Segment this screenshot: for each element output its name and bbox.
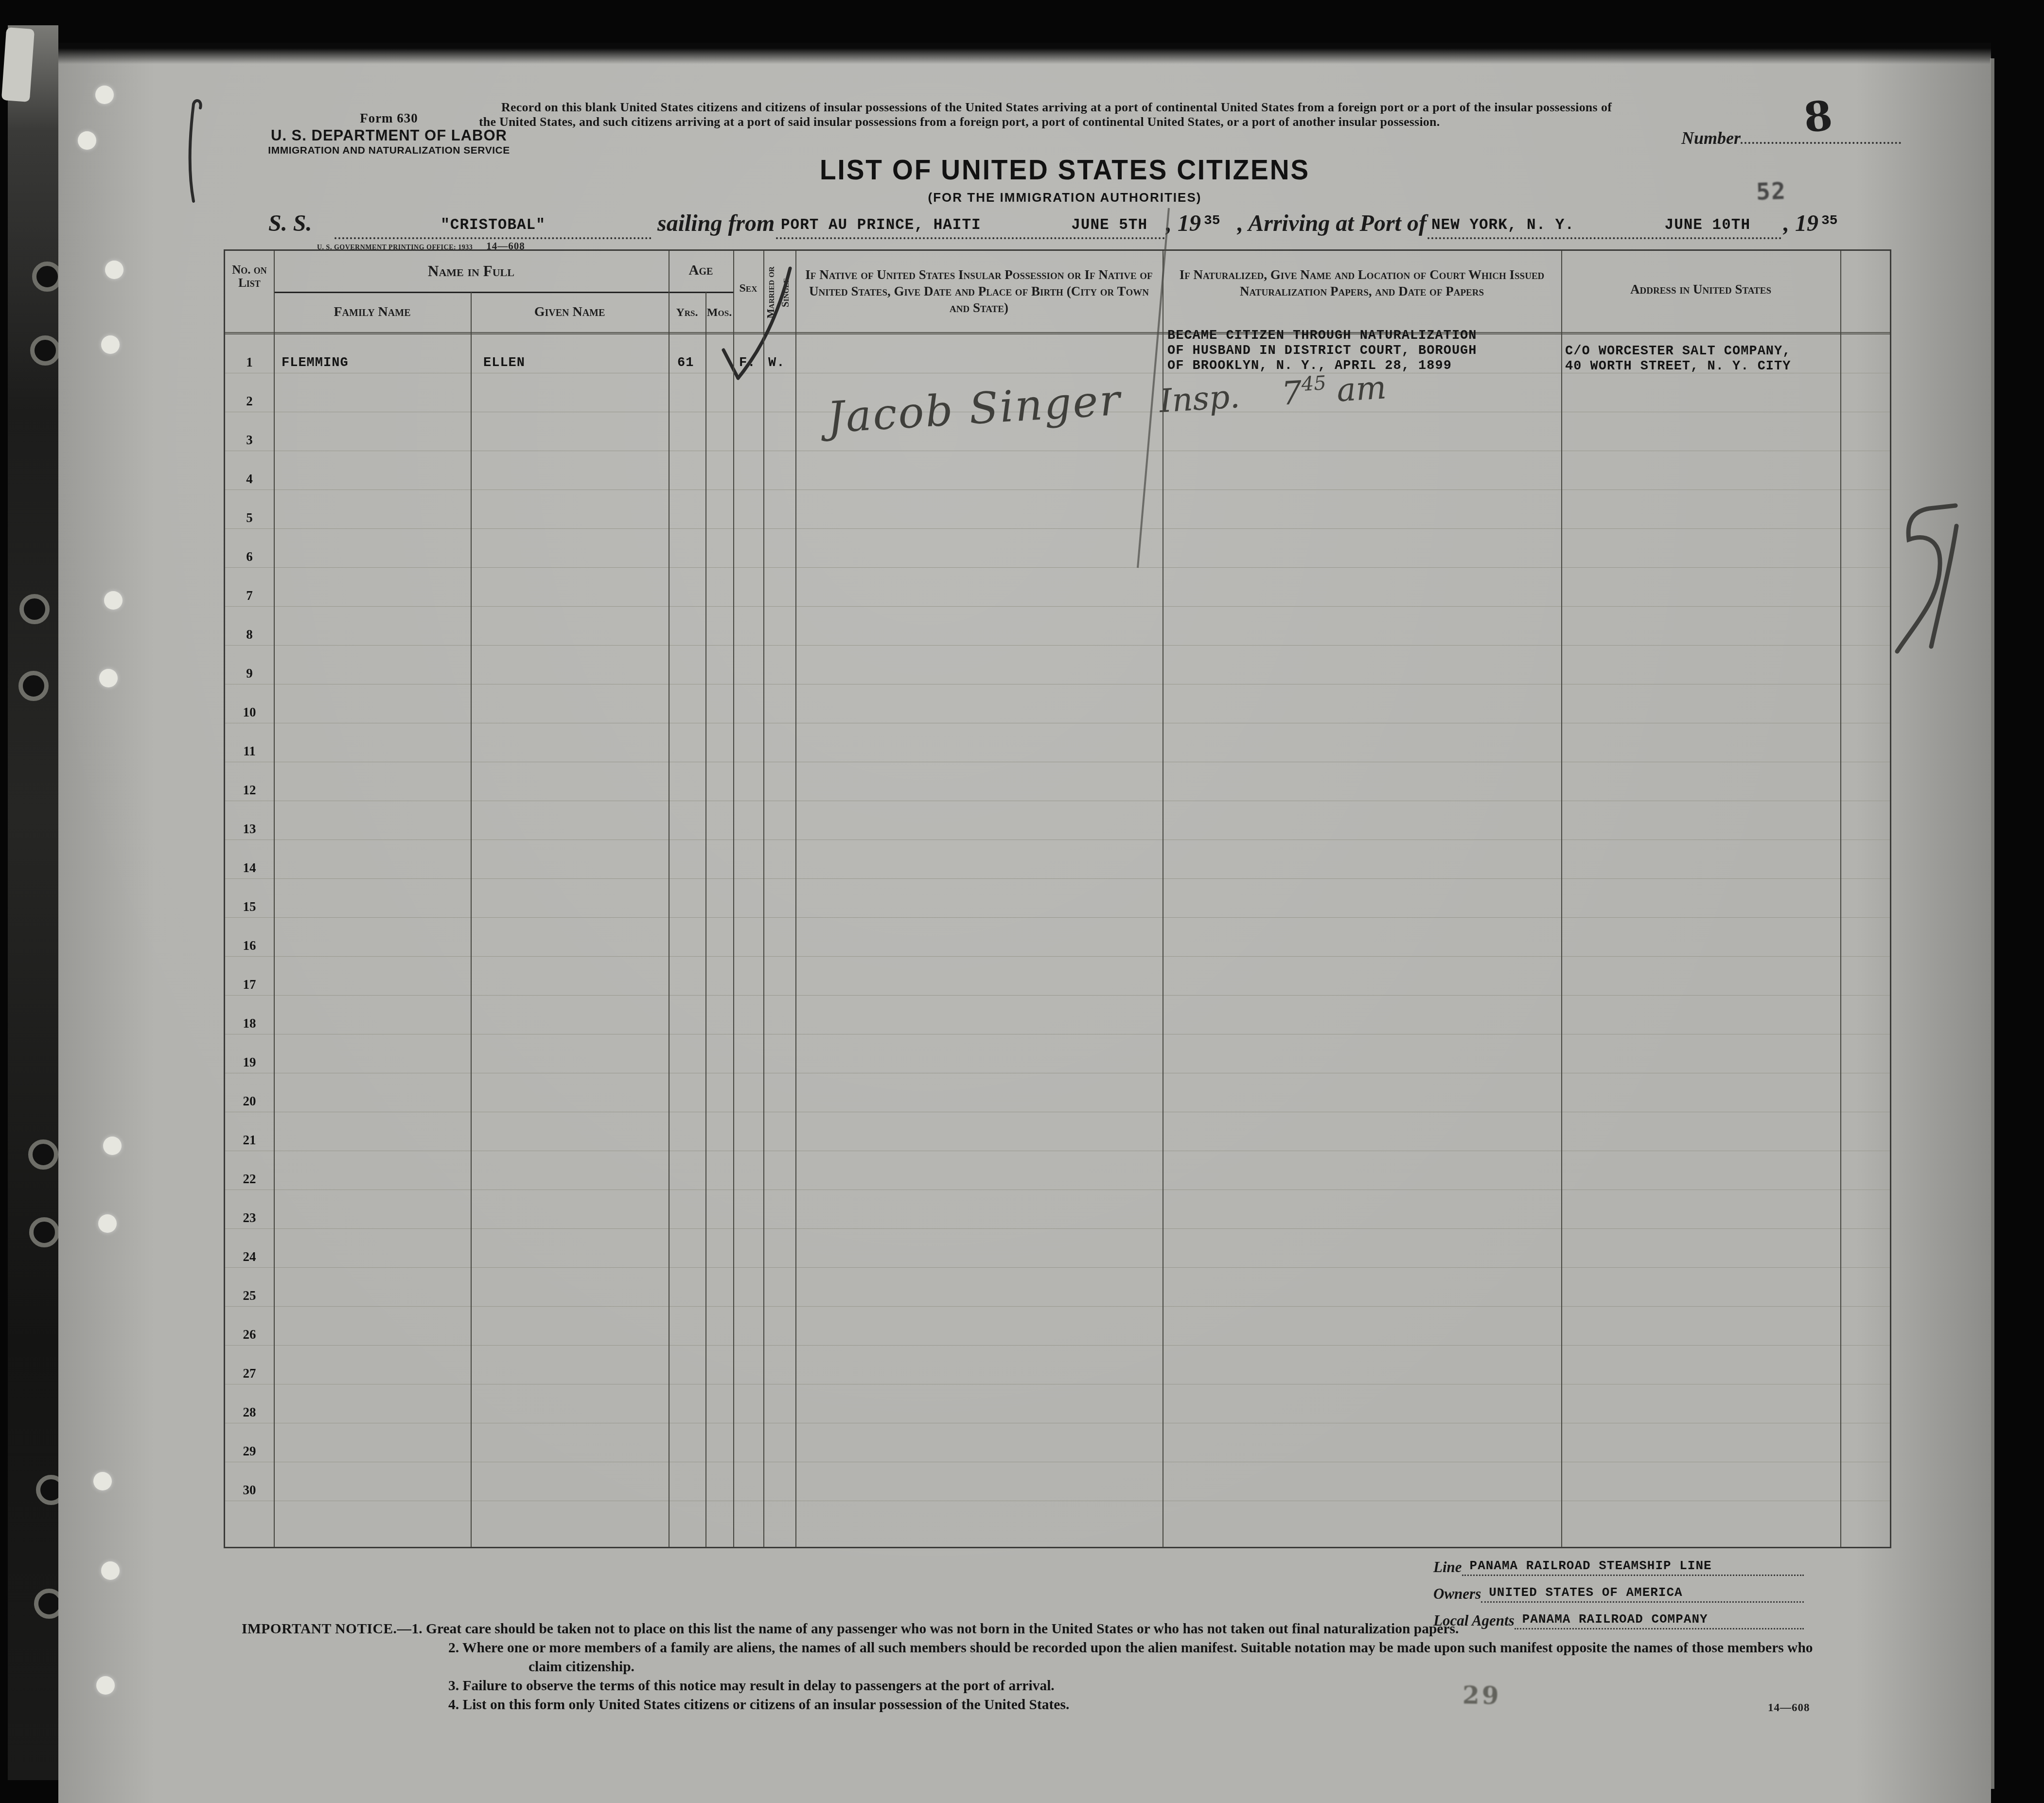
cell-mos xyxy=(705,334,733,373)
table-vline xyxy=(1163,251,1163,1547)
cell-sex xyxy=(733,646,763,684)
cell-married xyxy=(763,1034,795,1073)
cell-family xyxy=(274,1384,471,1423)
cell-married xyxy=(763,1073,795,1112)
cell-native xyxy=(795,1384,1163,1423)
cell-married xyxy=(763,840,795,878)
cell-given xyxy=(471,1034,669,1073)
cell-family xyxy=(274,1112,471,1151)
cell-sex xyxy=(733,1462,763,1501)
cell-natz xyxy=(1163,988,1561,1026)
cell-native xyxy=(795,1462,1163,1501)
cell-yrs xyxy=(669,568,705,606)
cell-no: 24 xyxy=(225,1229,274,1267)
cell-family xyxy=(274,957,471,995)
scanned-manifest-page: { "form": { "form_number": "Form 630", "… xyxy=(0,0,2044,1803)
table-row: 8 xyxy=(225,607,1890,646)
cell-family xyxy=(274,996,471,1034)
cell-natz xyxy=(1163,1338,1561,1376)
cell-sex xyxy=(733,1346,763,1384)
cell-mos xyxy=(705,1190,733,1228)
cell-native xyxy=(795,840,1163,878)
arrival-year-prefix: , 19 xyxy=(1783,210,1818,236)
cell-family xyxy=(274,1423,471,1462)
cell-natz xyxy=(1163,1104,1561,1143)
cell-mos xyxy=(705,451,733,490)
cell-native xyxy=(795,568,1163,606)
cell-sex xyxy=(733,1268,763,1306)
header-age: Age xyxy=(669,263,733,279)
cell-yrs xyxy=(669,1151,705,1190)
cell-married xyxy=(763,1190,795,1228)
cell-married xyxy=(763,996,795,1034)
cell-yrs xyxy=(669,762,705,801)
cell-yrs xyxy=(669,1073,705,1112)
cell-native xyxy=(795,1034,1163,1073)
page-subtitle: (FOR THE IMMIGRATION AUTHORITIES) xyxy=(705,190,1425,205)
cell-native xyxy=(795,918,1163,956)
header-married-or-single: Married or Single xyxy=(763,253,795,333)
arriving-label: , Arriving at Port of xyxy=(1237,210,1427,237)
cell-native xyxy=(795,1346,1163,1384)
arrival-date: JUNE 10TH xyxy=(1665,217,1750,237)
handwritten-number: 8 xyxy=(1801,91,1834,142)
cell-given xyxy=(471,684,669,723)
cell-given xyxy=(471,412,669,451)
cell-mos xyxy=(705,373,733,412)
notice-item-4: 4. List on this form only United States … xyxy=(448,1696,1846,1715)
cell-no: 10 xyxy=(225,684,274,723)
header-name-in-full: Name in Full xyxy=(274,263,669,280)
cell-married xyxy=(763,1112,795,1151)
cell-native xyxy=(795,1229,1163,1267)
cell-given xyxy=(471,529,669,567)
cell-natz xyxy=(1163,832,1561,871)
cell-natz xyxy=(1163,1454,1561,1493)
film-hole xyxy=(19,594,50,624)
table-vline xyxy=(1840,251,1841,1547)
notice-item-1: IMPORTANT NOTICE.—1. Great care should b… xyxy=(242,1620,1846,1639)
cell-native xyxy=(795,879,1163,917)
cell-mos xyxy=(705,1307,733,1345)
cell-native xyxy=(795,723,1163,762)
cell-natz xyxy=(1163,443,1561,482)
cell-no: 25 xyxy=(225,1268,274,1306)
cell-family xyxy=(274,1190,471,1228)
cell-married xyxy=(763,1268,795,1306)
cell-yrs xyxy=(669,996,705,1034)
cell-natz xyxy=(1163,1143,1561,1182)
notice-heading: IMPORTANT NOTICE.— xyxy=(242,1621,411,1637)
cell-no: 30 xyxy=(225,1462,274,1501)
cell-family xyxy=(274,490,471,528)
cell-natz xyxy=(1163,677,1561,715)
header-no-on-list: No. on List xyxy=(225,263,274,290)
form-code: 14—608 xyxy=(1768,1701,1810,1714)
cell-yrs xyxy=(669,801,705,840)
hole-punch xyxy=(93,1472,112,1490)
table-row: 13 xyxy=(225,801,1890,840)
cell-given xyxy=(471,801,669,840)
cell-mos xyxy=(705,684,733,723)
cell-yrs xyxy=(669,451,705,490)
cell-mos xyxy=(705,1112,733,1151)
cell-sex xyxy=(733,1073,763,1112)
notice-text: Great care should be taken not to place … xyxy=(426,1621,1459,1637)
table-row: 5 xyxy=(225,490,1890,529)
cell-no: 7 xyxy=(225,568,274,606)
table-row: 20 xyxy=(225,1073,1890,1112)
cell-mos xyxy=(705,529,733,567)
cell-yrs xyxy=(669,723,705,762)
cell-no: 8 xyxy=(225,607,274,645)
cell-married xyxy=(763,1423,795,1462)
cell-natz xyxy=(1163,716,1561,754)
inspector-title: Insp. xyxy=(1158,378,1241,420)
cell-mos xyxy=(705,801,733,840)
hole-punch xyxy=(104,591,123,610)
cell-sex xyxy=(733,607,763,645)
cell-family xyxy=(274,1073,471,1112)
cell-given: ELLEN xyxy=(471,334,669,373)
cell-given xyxy=(471,490,669,528)
cell-sex xyxy=(733,1034,763,1073)
cell-native xyxy=(795,529,1163,567)
cell-family xyxy=(274,1034,471,1073)
cell-natz xyxy=(1163,754,1561,793)
cell-family xyxy=(274,607,471,645)
table-vline xyxy=(795,251,796,1547)
cell-no: 5 xyxy=(225,490,274,528)
cell-given xyxy=(471,568,669,606)
cell-family xyxy=(274,1346,471,1384)
cell-mos xyxy=(705,1462,733,1501)
arrival-line: NEW YORK, N. Y. JUNE 10TH xyxy=(1427,214,1781,239)
table-row: 28 xyxy=(225,1384,1890,1423)
cell-mos xyxy=(705,568,733,606)
time-minutes: 45 xyxy=(1301,372,1327,396)
table-row: 19 xyxy=(225,1034,1890,1073)
cell-natz xyxy=(1163,1221,1561,1260)
cell-yrs xyxy=(669,1034,705,1073)
cell-family xyxy=(274,1462,471,1501)
cell-natz xyxy=(1163,599,1561,637)
hole-punch xyxy=(105,261,123,279)
table-row: 17 xyxy=(225,957,1890,996)
table-footer-strip xyxy=(225,1501,1890,1547)
cell-yrs xyxy=(669,1462,705,1501)
cell-mos xyxy=(705,646,733,684)
cell-married xyxy=(763,412,795,451)
cell-no: 11 xyxy=(225,723,274,762)
cell-native xyxy=(795,1190,1163,1228)
cell-yrs xyxy=(669,957,705,995)
important-notice: IMPORTANT NOTICE.—1. Great care should b… xyxy=(242,1620,1846,1715)
notice-num: 1. xyxy=(411,1621,422,1637)
cell-native xyxy=(795,684,1163,723)
cell-sex xyxy=(733,762,763,801)
cell-yrs xyxy=(669,840,705,878)
film-hole xyxy=(32,262,62,292)
cell-married xyxy=(763,723,795,762)
cell-family xyxy=(274,1151,471,1190)
cell-native xyxy=(795,334,1163,373)
time-meridiem: am xyxy=(1336,368,1387,409)
cell-given xyxy=(471,1307,669,1345)
table-row: 26 xyxy=(225,1307,1890,1346)
table-vline xyxy=(669,251,670,1547)
cell-sex xyxy=(733,1190,763,1228)
cell-given xyxy=(471,1190,669,1228)
cell-married xyxy=(763,762,795,801)
cell-married xyxy=(763,957,795,995)
film-edge-tear xyxy=(1,27,35,102)
table-vline xyxy=(763,251,764,1547)
header-split-line xyxy=(274,292,733,293)
table-row: 21 xyxy=(225,1112,1890,1151)
cell-married xyxy=(763,1346,795,1384)
notice-num: 2. xyxy=(448,1640,459,1656)
cell-married xyxy=(763,1462,795,1501)
ship-name-line: "CRISTOBAL" xyxy=(335,214,652,239)
cell-no: 4 xyxy=(225,451,274,490)
table-row: 11 xyxy=(225,723,1890,762)
cell-married xyxy=(763,1151,795,1190)
cell-mos xyxy=(705,918,733,956)
cell-mos xyxy=(705,996,733,1034)
cell-no: 6 xyxy=(225,529,274,567)
hole-punch xyxy=(95,86,114,104)
cell-native xyxy=(795,1151,1163,1190)
cell-family xyxy=(274,1268,471,1306)
cell-yrs xyxy=(669,684,705,723)
cell-yrs xyxy=(669,879,705,917)
cell-no: 15 xyxy=(225,879,274,917)
cell-given xyxy=(471,607,669,645)
page-title: LIST OF UNITED STATES CITIZENS xyxy=(723,154,1407,186)
table-vline xyxy=(733,251,734,1547)
table-row: 22 xyxy=(225,1151,1890,1190)
line-value: PANAMA RAILROAD STEAMSHIP LINE xyxy=(1462,1558,1804,1576)
cell-natz xyxy=(1163,1299,1561,1337)
cell-native xyxy=(795,1307,1163,1345)
cell-yrs xyxy=(669,918,705,956)
arrival-year-value: 35 xyxy=(1821,213,1838,228)
hole-punch xyxy=(96,1676,115,1695)
cell-given xyxy=(471,996,669,1034)
cell-no: 12 xyxy=(225,762,274,801)
cell-sex xyxy=(733,529,763,567)
table-row: 18 xyxy=(225,996,1890,1034)
time-hour: 7 xyxy=(1280,374,1303,412)
cell-mos xyxy=(705,412,733,451)
cell-given xyxy=(471,1346,669,1384)
cell-given xyxy=(471,1112,669,1151)
cell-mos xyxy=(705,1423,733,1462)
header-address: Address in United States xyxy=(1561,282,1840,297)
cell-family xyxy=(274,373,471,412)
table-header: No. on List Name in Full Age Family Name… xyxy=(225,251,1890,334)
number-field: Number8 xyxy=(1681,123,1901,148)
cell-given xyxy=(471,1268,669,1306)
cell-yrs: 61 xyxy=(669,334,705,373)
hole-punch xyxy=(78,131,96,150)
film-hole xyxy=(18,671,49,701)
hole-punch xyxy=(98,1214,117,1233)
table-vline xyxy=(705,292,706,1547)
cell-yrs xyxy=(669,646,705,684)
cell-given xyxy=(471,451,669,490)
cell-family xyxy=(274,451,471,490)
table-row: 4 xyxy=(225,451,1890,490)
cell-natz xyxy=(1163,1182,1561,1221)
film-hole xyxy=(28,1139,58,1170)
cell-given xyxy=(471,762,669,801)
cell-married xyxy=(763,801,795,840)
owners-label: Owners xyxy=(1433,1585,1481,1603)
cell-married xyxy=(763,1384,795,1423)
cell-mos xyxy=(705,1268,733,1306)
cell-no: 26 xyxy=(225,1307,274,1345)
inspection-time: 745 am xyxy=(1280,368,1387,412)
notice-num: 4. xyxy=(448,1697,459,1713)
hole-punch xyxy=(103,1137,122,1155)
header-native-birth: If Native of United States Insular Posse… xyxy=(795,266,1163,316)
cell-given xyxy=(471,373,669,412)
arrival-year: , 1935 xyxy=(1783,210,1838,237)
cell-given xyxy=(471,723,669,762)
cell-sex xyxy=(733,1229,763,1267)
cell-natz xyxy=(1163,1416,1561,1454)
film-hole xyxy=(29,1217,59,1247)
departure-date: JUNE 5TH xyxy=(1071,217,1147,237)
departure-port: PORT AU PRINCE, HAITI xyxy=(781,217,981,237)
ss-label: S. S. xyxy=(268,210,312,237)
cell-sex xyxy=(733,490,763,528)
cell-mos xyxy=(705,607,733,645)
cell-native xyxy=(795,957,1163,995)
cell-native xyxy=(795,996,1163,1034)
line-label: Line xyxy=(1433,1558,1462,1576)
cell-sex xyxy=(733,1423,763,1462)
table-row: 23 xyxy=(225,1190,1890,1229)
table-row: 10 xyxy=(225,684,1890,723)
cell-given xyxy=(471,840,669,878)
departure-year: , 1935 xyxy=(1166,210,1220,237)
cell-no: 21 xyxy=(225,1112,274,1151)
cell-natz xyxy=(1163,910,1561,948)
cell-married xyxy=(763,607,795,645)
cell-yrs xyxy=(669,529,705,567)
cell-natz xyxy=(1163,521,1561,560)
cell-mos xyxy=(705,840,733,878)
cell-no: 17 xyxy=(225,957,274,995)
cell-sex xyxy=(733,918,763,956)
table-row: 24 xyxy=(225,1229,1890,1268)
hole-punch xyxy=(99,669,118,687)
cell-no: 2 xyxy=(225,373,274,412)
table-row: 16 xyxy=(225,918,1890,957)
cell-family xyxy=(274,918,471,956)
cell-married xyxy=(763,1229,795,1267)
cell-no: 19 xyxy=(225,1034,274,1073)
cell-native xyxy=(795,607,1163,645)
cell-yrs xyxy=(669,1112,705,1151)
cell-married xyxy=(763,918,795,956)
cell-native xyxy=(795,451,1163,490)
stamp-52: 52 xyxy=(1756,177,1787,206)
cell-mos xyxy=(705,1384,733,1423)
cell-yrs xyxy=(669,1346,705,1384)
cell-yrs xyxy=(669,1268,705,1306)
cell-married xyxy=(763,490,795,528)
service-name: IMMIGRATION AND NATURALIZATION SERVICE xyxy=(214,145,564,157)
cell-native xyxy=(795,1112,1163,1151)
cell-given xyxy=(471,1423,669,1462)
paper-right-edge xyxy=(1990,58,1994,1789)
owners-row: Owners UNITED STATES OF AMERICA xyxy=(1433,1580,1804,1603)
table-row: 14 xyxy=(225,840,1890,879)
cell-yrs xyxy=(669,1423,705,1462)
table-row: 30 xyxy=(225,1462,1890,1501)
cell-yrs xyxy=(669,1384,705,1423)
cell-sex xyxy=(733,801,763,840)
cell-natz xyxy=(1163,482,1561,521)
cell-given xyxy=(471,1073,669,1112)
notice-text: Failure to observe the terms of this not… xyxy=(463,1678,1055,1694)
cell-family xyxy=(274,412,471,451)
cell-mos xyxy=(705,762,733,801)
cell-married xyxy=(763,1307,795,1345)
table-row: 27 xyxy=(225,1346,1890,1384)
cell-given xyxy=(471,1384,669,1423)
cell-natz xyxy=(1163,949,1561,987)
cell-sex xyxy=(733,996,763,1034)
cell-mos xyxy=(705,723,733,762)
cell-family xyxy=(274,568,471,606)
header-yrs: Yrs. xyxy=(669,306,705,319)
cell-sex xyxy=(733,412,763,451)
cell-no: 27 xyxy=(225,1346,274,1384)
line-row: Line PANAMA RAILROAD STEAMSHIP LINE xyxy=(1433,1554,1804,1576)
cell-no: 28 xyxy=(225,1384,274,1423)
cell-native xyxy=(795,762,1163,801)
cell-no: 18 xyxy=(225,996,274,1034)
cell-native xyxy=(795,646,1163,684)
cell-no: 13 xyxy=(225,801,274,840)
cell-no: 20 xyxy=(225,1073,274,1112)
cell-family xyxy=(274,1307,471,1345)
cell-yrs xyxy=(669,412,705,451)
cell-sex xyxy=(733,568,763,606)
cell-family xyxy=(274,646,471,684)
cell-natz xyxy=(1163,793,1561,832)
cell-married: W. xyxy=(763,334,795,373)
cell-mos xyxy=(705,490,733,528)
cell-family xyxy=(274,762,471,801)
cell-family xyxy=(274,801,471,840)
cell-sex xyxy=(733,1307,763,1345)
cell-sex xyxy=(733,879,763,917)
cell-given xyxy=(471,646,669,684)
cell-mos xyxy=(705,879,733,917)
cell-sex xyxy=(733,723,763,762)
cell-family: FLEMMING xyxy=(274,334,471,373)
table-row: 15 xyxy=(225,879,1890,918)
cell-sex xyxy=(733,1112,763,1151)
manifest-table: No. on List Name in Full Age Family Name… xyxy=(224,249,1891,1548)
hole-punch xyxy=(101,1561,120,1580)
